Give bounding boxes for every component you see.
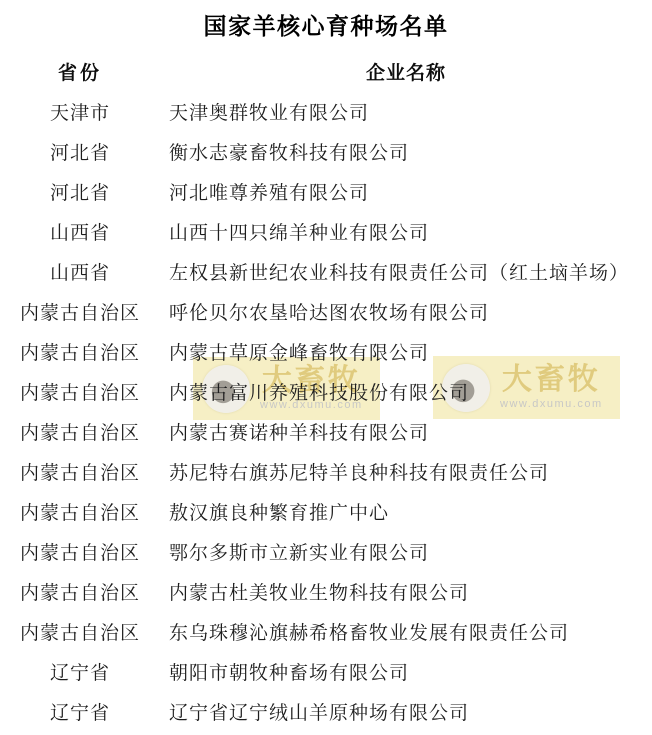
cell-company: 辽宁省辽宁绒山羊原种场有限公司 bbox=[160, 698, 652, 725]
cell-company: 呼伦贝尔农垦哈达图农牧场有限公司 bbox=[160, 298, 652, 325]
cell-company: 内蒙古赛诺种羊科技有限公司 bbox=[160, 418, 652, 445]
table-header-row: 省份 企业名称 bbox=[0, 59, 652, 83]
table-row: 辽宁省朝阳市朝牧种畜场有限公司 bbox=[0, 651, 652, 691]
cell-company: 衡水志豪畜牧科技有限公司 bbox=[160, 138, 652, 165]
table-row: 内蒙古自治区内蒙古富川养殖科技股份有限公司 bbox=[0, 371, 652, 411]
table-row: 辽宁省辽宁省辽宁绒山羊原种场有限公司 bbox=[0, 691, 652, 731]
document-page: 大畜牧 www.dxumu.com 大畜牧 www.dxumu.com 国家羊核… bbox=[0, 0, 652, 735]
cell-province: 内蒙古自治区 bbox=[0, 418, 160, 445]
cell-province: 山西省 bbox=[0, 258, 160, 285]
table-row: 内蒙古自治区敖汉旗良种繁育推广中心 bbox=[0, 491, 652, 531]
cell-province: 辽宁省 bbox=[0, 698, 160, 725]
table-row: 河北省河北唯尊养殖有限公司 bbox=[0, 171, 652, 211]
cell-province: 内蒙古自治区 bbox=[0, 458, 160, 485]
table-row: 山西省山西十四只绵羊种业有限公司 bbox=[0, 211, 652, 251]
cell-province: 内蒙古自治区 bbox=[0, 618, 160, 645]
cell-province: 内蒙古自治区 bbox=[0, 498, 160, 525]
table-row: 内蒙古自治区内蒙古杜美牧业生物科技有限公司 bbox=[0, 571, 652, 611]
cell-company: 敖汉旗良种繁育推广中心 bbox=[160, 498, 652, 525]
cell-province: 内蒙古自治区 bbox=[0, 378, 160, 405]
cell-province: 内蒙古自治区 bbox=[0, 338, 160, 365]
cell-company: 左权县新世纪农业科技有限责任公司（红土垴羊场） bbox=[160, 258, 652, 285]
cell-province: 内蒙古自治区 bbox=[0, 578, 160, 605]
cell-province: 辽宁省 bbox=[0, 658, 160, 685]
cell-company: 山西十四只绵羊种业有限公司 bbox=[160, 218, 652, 245]
table-row: 天津市天津奥群牧业有限公司 bbox=[0, 91, 652, 131]
cell-province: 内蒙古自治区 bbox=[0, 298, 160, 325]
page-title: 国家羊核心育种场名单 bbox=[0, 0, 652, 39]
table-row: 山西省左权县新世纪农业科技有限责任公司（红土垴羊场） bbox=[0, 251, 652, 291]
header-province: 省份 bbox=[0, 58, 160, 85]
cell-province: 河北省 bbox=[0, 178, 160, 205]
cell-company: 苏尼特右旗苏尼特羊良种科技有限责任公司 bbox=[160, 458, 652, 485]
table-body: 天津市天津奥群牧业有限公司河北省衡水志豪畜牧科技有限公司河北省河北唯尊养殖有限公… bbox=[0, 91, 652, 731]
cell-company: 内蒙古杜美牧业生物科技有限公司 bbox=[160, 578, 652, 605]
cell-company: 朝阳市朝牧种畜场有限公司 bbox=[160, 658, 652, 685]
cell-company: 内蒙古草原金峰畜牧有限公司 bbox=[160, 338, 652, 365]
table-row: 内蒙古自治区东乌珠穆沁旗赫希格畜牧业发展有限责任公司 bbox=[0, 611, 652, 651]
cell-company: 鄂尔多斯市立新实业有限公司 bbox=[160, 538, 652, 565]
table-row: 内蒙古自治区呼伦贝尔农垦哈达图农牧场有限公司 bbox=[0, 291, 652, 331]
table-row: 内蒙古自治区苏尼特右旗苏尼特羊良种科技有限责任公司 bbox=[0, 451, 652, 491]
table-row: 河北省衡水志豪畜牧科技有限公司 bbox=[0, 131, 652, 171]
cell-company: 天津奥群牧业有限公司 bbox=[160, 98, 652, 125]
table-row: 内蒙古自治区内蒙古草原金峰畜牧有限公司 bbox=[0, 331, 652, 371]
cell-province: 河北省 bbox=[0, 138, 160, 165]
cell-company: 内蒙古富川养殖科技股份有限公司 bbox=[160, 378, 652, 405]
cell-company: 东乌珠穆沁旗赫希格畜牧业发展有限责任公司 bbox=[160, 618, 652, 645]
cell-province: 内蒙古自治区 bbox=[0, 538, 160, 565]
table-row: 内蒙古自治区鄂尔多斯市立新实业有限公司 bbox=[0, 531, 652, 571]
cell-province: 山西省 bbox=[0, 218, 160, 245]
cell-company: 河北唯尊养殖有限公司 bbox=[160, 178, 652, 205]
document-content: 国家羊核心育种场名单 省份 企业名称 天津市天津奥群牧业有限公司河北省衡水志豪畜… bbox=[0, 0, 652, 731]
table-row: 内蒙古自治区内蒙古赛诺种羊科技有限公司 bbox=[0, 411, 652, 451]
header-company: 企业名称 bbox=[160, 58, 652, 85]
cell-province: 天津市 bbox=[0, 98, 160, 125]
